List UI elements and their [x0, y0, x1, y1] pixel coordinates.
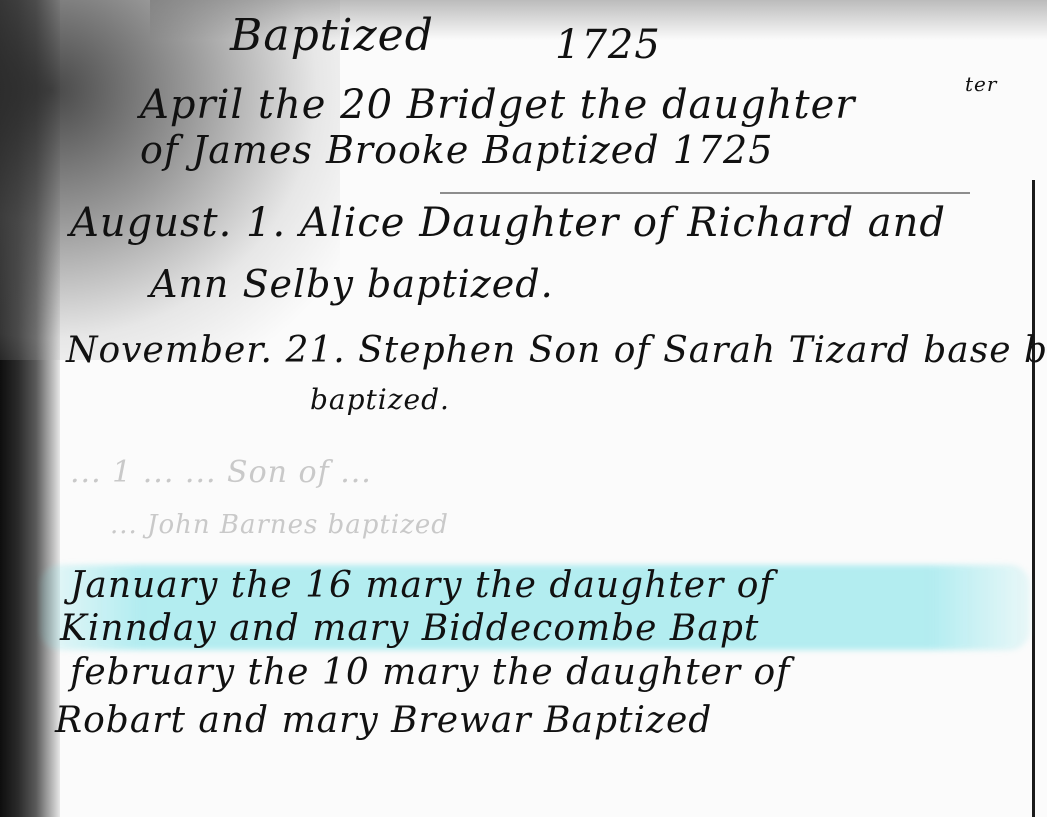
- entry-august-line-2: Ann Selby baptized.: [150, 262, 554, 306]
- entry-faded-line-2: ... John Barnes baptized: [110, 510, 449, 540]
- divider-rule: [440, 192, 970, 194]
- entry-november-line-2: baptized.: [310, 383, 450, 416]
- register-year: 1725: [555, 22, 661, 68]
- entry-january-line-1: January the 16 mary the daughter of: [70, 565, 774, 606]
- entry-february-line-2: Robart and mary Brewar Baptized: [55, 700, 712, 741]
- right-margin-rule: [1032, 180, 1035, 817]
- register-title: Baptized: [230, 10, 434, 61]
- entry-august-line-1: August. 1. Alice Daughter of Richard and: [70, 200, 946, 246]
- entry-february-line-1: february the 10 mary the daughter of: [70, 652, 791, 693]
- entry-april-line-2: of James Brooke Baptized 1725: [140, 128, 773, 172]
- entry-november-line-1: November. 21. Stephen Son of Sarah Tizar…: [66, 330, 1047, 371]
- entry-april-line-1: April the 20 Bridget the daughter: [140, 82, 855, 128]
- entry-faded-line-1: ... 1 ... ... Son of ...: [70, 455, 372, 490]
- entry-april-superscript: ter: [965, 72, 997, 96]
- entry-january-line-2: Kinnday and mary Biddecombe Bapt: [60, 608, 759, 649]
- register-page: Baptized 1725 April the 20 Bridget the d…: [0, 0, 1047, 817]
